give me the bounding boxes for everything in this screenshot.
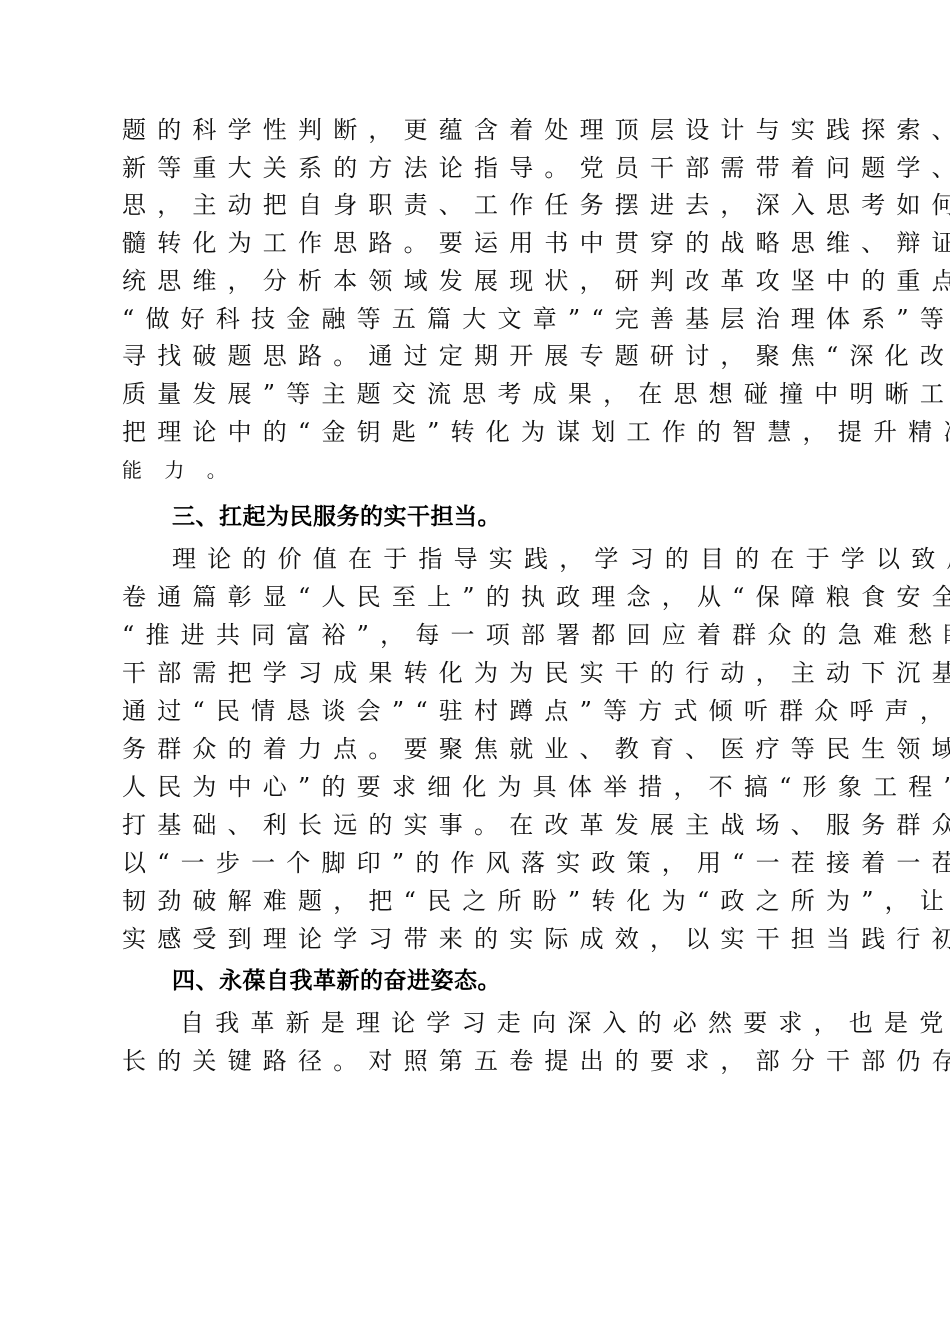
text-line: 把理论中的“金钥匙”转化为谋划工作的智慧，提升精准施策的 [122,413,842,451]
text-line: 髓转化为工作思路。要运用书中贯穿的战略思维、辩证思维、系 [122,224,842,262]
text-line: 理论的价值在于指导实践，学习的目的在于学以致用。第五 [172,540,842,578]
text-line: 务群众的着力点。要聚焦就业、教育、医疗等民生领域，将“以 [122,730,842,768]
text-line: 新等重大关系的方法论指导。党员干部需带着问题学、联系实际 [122,149,842,187]
text-line: 质量发展”等主题交流思考成果，在思想碰撞中明晰工作方向， [122,375,842,413]
text-line: 人民为中心”的要求细化为具体举措，不搞“形象工程”，多做 [122,768,842,806]
text-line: 实感受到理论学习带来的实际成效，以实干担当践行初心使命。 [122,920,842,958]
text-line: 打基础、利长远的实事。在改革发展主战场、服务群众最前沿， [122,806,842,844]
text-line: 自我革新是理论学习走向深入的必然要求，也是党员干部成 [180,1004,850,1042]
text-line: 长的关键路径。对照第五卷提出的要求，部分干部仍存在宗旨意 [122,1042,842,1080]
text-line: 统思维，分析本领域发展现状，研判改革攻坚中的重点难点，从 [122,262,842,300]
text-line: “做好科技金融等五篇大文章”“完善基层治理体系”等部署中 [122,300,842,338]
text-line: 能 力 。 [122,451,842,489]
section-heading-3: 三、扛起为民服务的实干担当。 [172,498,501,536]
document-page: 题的科学性判断，更蕴含着处理顶层设计与实践探索、守正与创 新等重大关系的方法论指… [0,0,950,1343]
text-line: 卷通篇彰显“人民至上”的执政理念，从“保障粮食安全”到 [122,578,842,616]
text-line: 通过“民情恳谈会”“驻村蹲点”等方式倾听群众呼声，找准服 [122,692,842,730]
text-line: 题的科学性判断，更蕴含着处理顶层设计与实践探索、守正与创 [122,111,842,149]
section-heading-4: 四、永葆自我革新的奋进姿态。 [172,962,501,1000]
text-line: 干部需把学习成果转化为为民实干的行动，主动下沉基层一线， [122,654,842,692]
text-line: 以“一步一个脚印”的作风落实政策，用“一茬接着一茬干”的 [122,844,842,882]
text-line: “推进共同富裕”，每一项部署都回应着群众的急难愁盼。党员 [122,616,842,654]
text-line: 韧劲破解难题，把“民之所盼”转化为“政之所为”，让群众切 [122,882,842,920]
text-line: 寻找破题思路。通过定期开展专题研讨，聚焦“深化改革”“高 [122,337,842,375]
text-line: 思，主动把自身职责、工作任务摆进去，深入思考如何将理论精 [122,186,842,224]
